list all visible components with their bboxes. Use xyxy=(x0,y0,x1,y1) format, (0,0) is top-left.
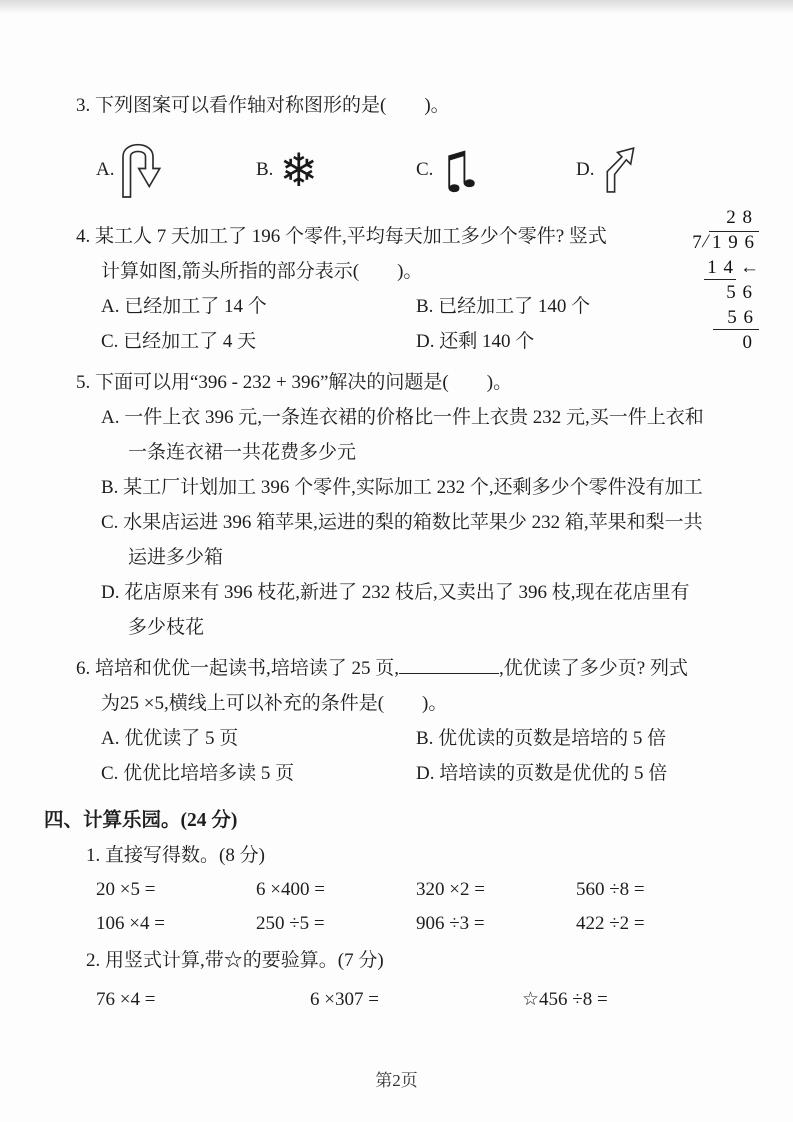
question-5: 5. 下面可以用“396 - 232 + 396”解决的问题是( )。 A. 一… xyxy=(76,365,745,645)
division-dividend-row: 7/1 9 6 xyxy=(647,230,759,255)
calc-item: 422 ÷2 = xyxy=(576,907,736,941)
division-remainder: 0 xyxy=(647,330,759,355)
division-step1: 1 4 xyxy=(704,257,736,280)
calc-row-1: 20 ×5 = 6 ×400 = 320 ×2 = 560 ÷8 = xyxy=(96,873,745,907)
calc-item: 106 ×4 = xyxy=(96,907,256,941)
question-6-line2: 为25 ×5,横线上可以补充的条件是( )。 xyxy=(101,686,745,721)
worksheet-page: 3. 下列图案可以看作轴对称图形的是( )。 A. B. ❄ C. ♫ D. xyxy=(0,0,793,1122)
question-5-option-b: B. 某工厂计划加工 396 个零件,实际加工 232 个,还剩多少个零件没有加… xyxy=(101,470,745,505)
question-4: 4. 某工人 7 天加工了 196 个零件,平均每天加工多少个零件? 竖式 计算… xyxy=(76,219,745,359)
calc-row-3: 76 ×4 = 6 ×307 = ☆456 ÷8 = xyxy=(96,982,745,1017)
fill-in-blank-line xyxy=(399,658,499,674)
division-dividend: 1 9 6 xyxy=(709,231,759,253)
long-division-diagram: 2 8 7/1 9 6 1 4← 5 6 5 6 0 xyxy=(647,205,759,355)
division-quotient: 2 8 xyxy=(647,205,759,230)
calc-item: 76 ×4 = xyxy=(96,982,310,1017)
left-arrow-icon: ← xyxy=(736,257,759,278)
question-3-option-c: C. ♫ xyxy=(416,135,576,205)
calc-item: 6 ×400 = xyxy=(256,873,416,907)
section-4: 四、计算乐园。(24 分) 1. 直接写得数。(8 分) 20 ×5 = 6 ×… xyxy=(76,803,745,1017)
question-6-option-c: C. 优优比培培多读 5 页 xyxy=(101,756,416,791)
question-6-option-a: A. 优优读了 5 页 xyxy=(101,721,416,756)
calc-item: 906 ÷3 = xyxy=(416,907,576,941)
bent-arrow-icon xyxy=(600,144,638,196)
question-6-options: A. 优优读了 5 页 B. 优优读的页数是培培的 5 倍 C. 优优比培培多读… xyxy=(101,721,745,791)
division-step2: 5 6 xyxy=(647,280,759,305)
division-step3-row: 5 6 xyxy=(647,305,759,330)
option-a-label: A. xyxy=(96,159,114,181)
option-c-label: C. xyxy=(416,159,433,181)
question-5-option-d-line2: 多少枝花 xyxy=(128,610,745,645)
division-step3: 5 6 xyxy=(713,307,759,330)
calc-item: 250 ÷5 = xyxy=(256,907,416,941)
question-3-option-a: A. xyxy=(96,135,256,205)
option-d-label: D. xyxy=(576,159,594,181)
question-6-option-d: D. 培培读的页数是优优的 5 倍 xyxy=(416,756,745,791)
section-4-sub1: 1. 直接写得数。(8 分) xyxy=(86,838,745,873)
calc-item: ☆456 ÷8 = xyxy=(522,982,608,1017)
question-3-option-d: D. xyxy=(576,135,736,205)
question-3-options: A. B. ❄ C. ♫ D. xyxy=(96,135,745,205)
question-4-line1: 4. 某工人 7 天加工了 196 个零件,平均每天加工多少个零件? 竖式 xyxy=(76,219,745,254)
calc-item: 560 ÷8 = xyxy=(576,873,736,907)
question-4-option-a: A. 已经加工了 14 个 xyxy=(101,289,416,324)
question-4-option-c: C. 已经加工了 4 天 xyxy=(101,324,416,359)
question-5-option-a-line2: 一条连衣裙一共花费多少元 xyxy=(128,435,745,470)
division-step1-row: 1 4← xyxy=(647,255,759,280)
question-6-option-b: B. 优优读的页数是培培的 5 倍 xyxy=(416,721,745,756)
question-6: 6. 培培和优优一起读书,培培读了 25 页,,优优读了多少页? 列式 为25 … xyxy=(76,651,745,791)
question-6-line1-part1: 6. 培培和优优一起读书,培培读了 25 页, xyxy=(76,658,399,679)
option-b-label: B. xyxy=(256,159,273,181)
calc-row-2: 106 ×4 = 250 ÷5 = 906 ÷3 = 422 ÷2 = xyxy=(96,907,745,941)
question-5-text: 5. 下面可以用“396 - 232 + 396”解决的问题是( )。 xyxy=(76,365,745,400)
question-3-text: 3. 下列图案可以看作轴对称图形的是( )。 xyxy=(76,88,745,123)
question-5-option-c-line1: C. 水果店运进 396 箱苹果,运进的梨的箱数比苹果少 232 箱,苹果和梨一… xyxy=(101,505,745,540)
snowflake-icon: ❄ xyxy=(279,147,318,193)
question-6-line1: 6. 培培和优优一起读书,培培读了 25 页,,优优读了多少页? 列式 xyxy=(76,651,745,686)
question-5-option-d-line1: D. 花店原来有 396 枝花,新进了 232 枝后,又卖出了 396 枝,现在… xyxy=(101,575,745,610)
u-turn-arrow-icon xyxy=(120,139,162,201)
question-5-option-a-line1: A. 一件上衣 396 元,一条连衣裙的价格比一件上衣贵 232 元,买一件上衣… xyxy=(101,400,745,435)
calc-item: 320 ×2 = xyxy=(416,873,576,907)
calc-item: 20 ×5 = xyxy=(96,873,256,907)
question-5-option-c-line2: 运进多少箱 xyxy=(128,540,745,575)
calc-item: 6 ×307 = xyxy=(310,982,522,1017)
question-3-option-b: B. ❄ xyxy=(256,135,416,205)
page-number: 第2页 xyxy=(0,1066,793,1091)
worksheet-content: 3. 下列图案可以看作轴对称图形的是( )。 A. B. ❄ C. ♫ D. xyxy=(0,0,793,1017)
section-4-sub2: 2. 用竖式计算,带☆的要验算。(7 分) xyxy=(86,943,745,978)
section-4-title: 四、计算乐园。(24 分) xyxy=(44,803,745,838)
question-6-line1-part2: ,优优读了多少页? 列式 xyxy=(499,658,688,679)
music-notes-icon: ♫ xyxy=(439,145,484,195)
